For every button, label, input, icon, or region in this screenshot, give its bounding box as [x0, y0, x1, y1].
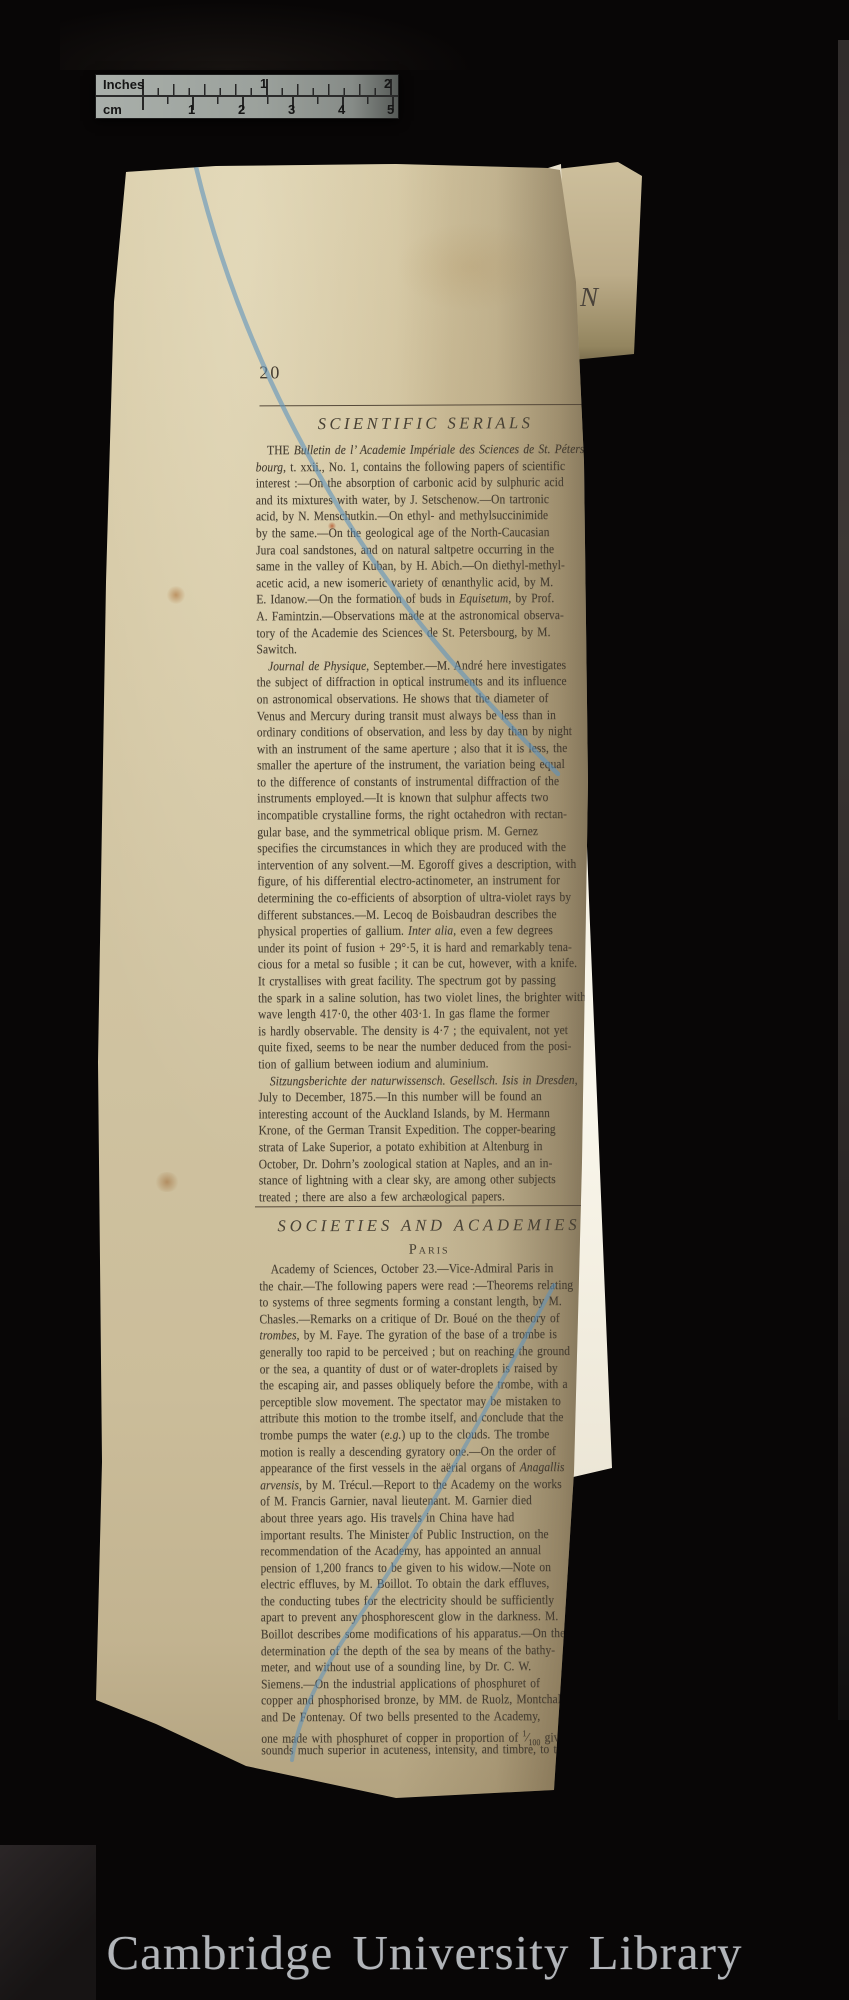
text-line: smaller the aperture of the instrument, …	[257, 756, 578, 774]
text-line: THE Bulletin de l’ Academie Impériale de…	[256, 441, 577, 459]
measurement-ruler: Inches cm 1 2 1 2 3 4 5	[95, 74, 399, 119]
library-caption: Cambridge University Library	[0, 1924, 849, 1981]
text-line: appearance of the first vessels in the a…	[260, 1459, 581, 1477]
text-line: instruments employed.—It is known that s…	[257, 789, 578, 807]
text-line: apart to prevent any phosphorescent glow…	[261, 1608, 582, 1626]
text-line: Chasles.—Remarks on a critique of Dr. Bo…	[259, 1310, 580, 1328]
section-heading-scientific-serials: SCIENTIFIC SERIALS	[256, 413, 596, 434]
text-line: Venus and Mercury during transit must al…	[257, 706, 578, 724]
text-line: interest :—On the absorption of carbonic…	[256, 474, 577, 492]
text-line: A. Famintzin.—Observations made at the a…	[256, 607, 577, 625]
text-line: on astronomical observations. He shows t…	[257, 690, 578, 708]
text-line: Siemens.—On the industrial applications …	[261, 1675, 582, 1693]
text-line: is hardly observable. The density is 4·7…	[258, 1022, 579, 1040]
text-line: physical properties of gallium. Inter al…	[258, 922, 579, 940]
page-number: 20	[259, 362, 281, 383]
text-line: trombe pumps the water (e.g.) up to the …	[260, 1426, 581, 1444]
text-line: of M. Francis Garnier, naval lieutenant.…	[260, 1492, 581, 1510]
header-rule	[259, 404, 589, 406]
text-line: Jura coal sandstones, and on natural sal…	[256, 541, 577, 559]
text-line: Sawitch.	[257, 640, 578, 658]
text-line: arvensis, by M. Trécul.—Report to the Ac…	[260, 1476, 581, 1494]
paragraph: THE Bulletin de l’ Academie Impériale de…	[256, 441, 622, 658]
cm-ticks-whole	[142, 97, 396, 110]
text-line: important results. The Minister of Publi…	[260, 1525, 581, 1543]
text-line: Krone, of the German Transit Expedition.…	[259, 1121, 580, 1139]
inch-ticks-whole	[142, 79, 396, 96]
text-line: gular base, and the symmetrical oblique …	[257, 823, 578, 841]
ruler-cm-number: 1	[188, 103, 195, 116]
text-line: pension of 1,200 francs to be given to h…	[261, 1559, 582, 1577]
text-line: by the same.—On the geological age of th…	[256, 524, 577, 542]
text-line: recommendation of the Academy, has appoi…	[260, 1542, 581, 1560]
text-line: E. Idanow.—On the formation of buds in E…	[256, 590, 577, 608]
text-line: bourg, t. xxii., No. 1, contains the fol…	[256, 458, 577, 476]
text-line: treated ; there are also a few archæolog…	[259, 1188, 580, 1206]
text-line: perceptible slow movement. The spectator…	[260, 1393, 581, 1411]
text-line: one made with phosphuret of copper in pr…	[261, 1725, 582, 1743]
text-line: meter, and without use of a sounding lin…	[261, 1658, 582, 1676]
text-line: different substances.—M. Lecoq de Boisba…	[258, 906, 579, 924]
text-line: Sitzungsberichte der naturwissensch. Ges…	[258, 1072, 579, 1090]
text-line: and De Fontenay. Of two bells presented …	[261, 1708, 582, 1726]
text-line: ordinary conditions of observation, and …	[257, 723, 578, 741]
text-line: motion is really a descending gyratory o…	[260, 1443, 581, 1461]
ruler-inches-label: Inches	[103, 78, 144, 91]
section-body-societies-academies: Academy of Sciences, October 23.—Vice-Ad…	[259, 1260, 626, 1759]
text-line: same in the valley of Kuban, by H. Abich…	[256, 557, 577, 575]
text-line: Journal de Physique, September.—M. André…	[257, 657, 578, 675]
text-line: interesting account of the Auckland Isla…	[259, 1105, 580, 1123]
text-line: quite fixed, seems to be near the number…	[258, 1038, 579, 1056]
ruler-cm-number: 3	[288, 103, 295, 116]
text-line: tory of the Academie des Sciences de St.…	[256, 624, 577, 642]
text-line: intervention of any solvent.—M. Egoroff …	[257, 856, 578, 874]
text-line: figure, of his differential electro-acti…	[258, 872, 579, 890]
text-line: copper and phosphorised bronze, by MM. d…	[261, 1691, 582, 1709]
text-line: to the difference of constants of instru…	[257, 773, 578, 791]
subsection-heading-paris: Paris	[259, 1241, 599, 1259]
text-line: incompatible crystalline forms, the righ…	[257, 806, 578, 824]
section-heading-societies-academies: SOCIETIES AND ACADEMIES	[259, 1215, 599, 1236]
text-line: tion of gallium between iodium and alumi…	[258, 1055, 579, 1073]
text-line: determination of the depth of the sea by…	[261, 1642, 582, 1660]
paragraph: Journal de Physique, September.—M. André…	[257, 657, 624, 1073]
text-line: the conducting tubes for the electricity…	[261, 1592, 582, 1610]
text-line: about three years ago. His travels in Ch…	[260, 1509, 581, 1527]
text-line: determining the co-efficients of absorpt…	[258, 889, 579, 907]
text-line: under its point of fusion + 29°·5, it is…	[258, 939, 579, 957]
ruler-cm-label: cm	[103, 103, 122, 116]
ruler-cm-number: 2	[238, 103, 245, 116]
scanned-page: 20 SCIENTIFIC SERIALS THE Bulletin de l’…	[96, 162, 596, 1804]
page-content: 20 SCIENTIFIC SERIALS THE Bulletin de l’…	[92, 161, 599, 1805]
ruler-cm-number: 5	[387, 103, 394, 116]
text-line: sounds much superior in acuteness, inten…	[261, 1741, 582, 1759]
text-line: specifies the circumstances in which the…	[257, 839, 578, 857]
text-line: electric effluves, by M. Boillot. To obt…	[261, 1575, 582, 1593]
text-line: stance of lightning with a clear sky, ar…	[259, 1171, 580, 1189]
text-line: cious for a metal so fusible ; it can be…	[258, 955, 579, 973]
paragraph: Sitzungsberichte der naturwissensch. Ges…	[258, 1071, 624, 1205]
paragraph: Academy of Sciences, October 23.—Vice-Ad…	[259, 1260, 626, 1759]
photo-stage: Inches cm 1 2 1 2 3 4 5 N 20 SCIENTIFIC …	[0, 0, 849, 2000]
text-line: wave length 417·0, the other 403·1. In g…	[258, 1005, 579, 1023]
text-line: and its mixtures with water, by J. Setsc…	[256, 491, 577, 509]
text-line: generally too rapid to be perceived ; bu…	[260, 1343, 581, 1361]
masthead-fragment: N	[580, 282, 598, 313]
ruler-inch-number: 2	[384, 77, 391, 90]
section-body-scientific-serials: THE Bulletin de l’ Academie Impériale de…	[256, 441, 624, 1206]
text-line: the escaping air, and passes obliquely b…	[260, 1376, 581, 1394]
text-line: attribute this motion to the trombe itse…	[260, 1409, 581, 1427]
text-line: with an instrument of the same aperture …	[257, 740, 578, 758]
text-line: trombes, by M. Faye. The gyration of the…	[260, 1326, 581, 1344]
text-line: the chair.—The following papers were rea…	[259, 1277, 580, 1295]
text-line: Academy of Sciences, October 23.—Vice-Ad…	[259, 1260, 580, 1278]
backdrop-glow	[60, 0, 480, 70]
text-line: acid, by N. Menschutkin.—On ethyl- and m…	[256, 507, 577, 525]
text-line: acetic acid, a new isomeric variety of œ…	[256, 574, 577, 592]
backdrop-edge-strip	[838, 40, 849, 1720]
text-line: the spark in a saline solution, has two …	[258, 989, 579, 1007]
text-line: October, Dr. Dohrn’s zoological station …	[259, 1155, 580, 1173]
text-line: or the sea, a quantity of dust or of wat…	[260, 1360, 581, 1378]
text-line: It crystallises with great facility. The…	[258, 972, 579, 990]
text-line: July to December, 1875.—In this number w…	[258, 1088, 579, 1106]
ruler-inch-number: 1	[260, 77, 267, 90]
text-line: strata of Lake Superior, a potato exhibi…	[259, 1138, 580, 1156]
text-line: to systems of three segments forming a c…	[259, 1293, 580, 1311]
text-line: Boillot describes some modifications of …	[261, 1625, 582, 1643]
text-line: the subject of diffraction in optical in…	[257, 673, 578, 691]
ruler-cm-number: 4	[338, 103, 345, 116]
section-rule	[255, 1205, 593, 1207]
